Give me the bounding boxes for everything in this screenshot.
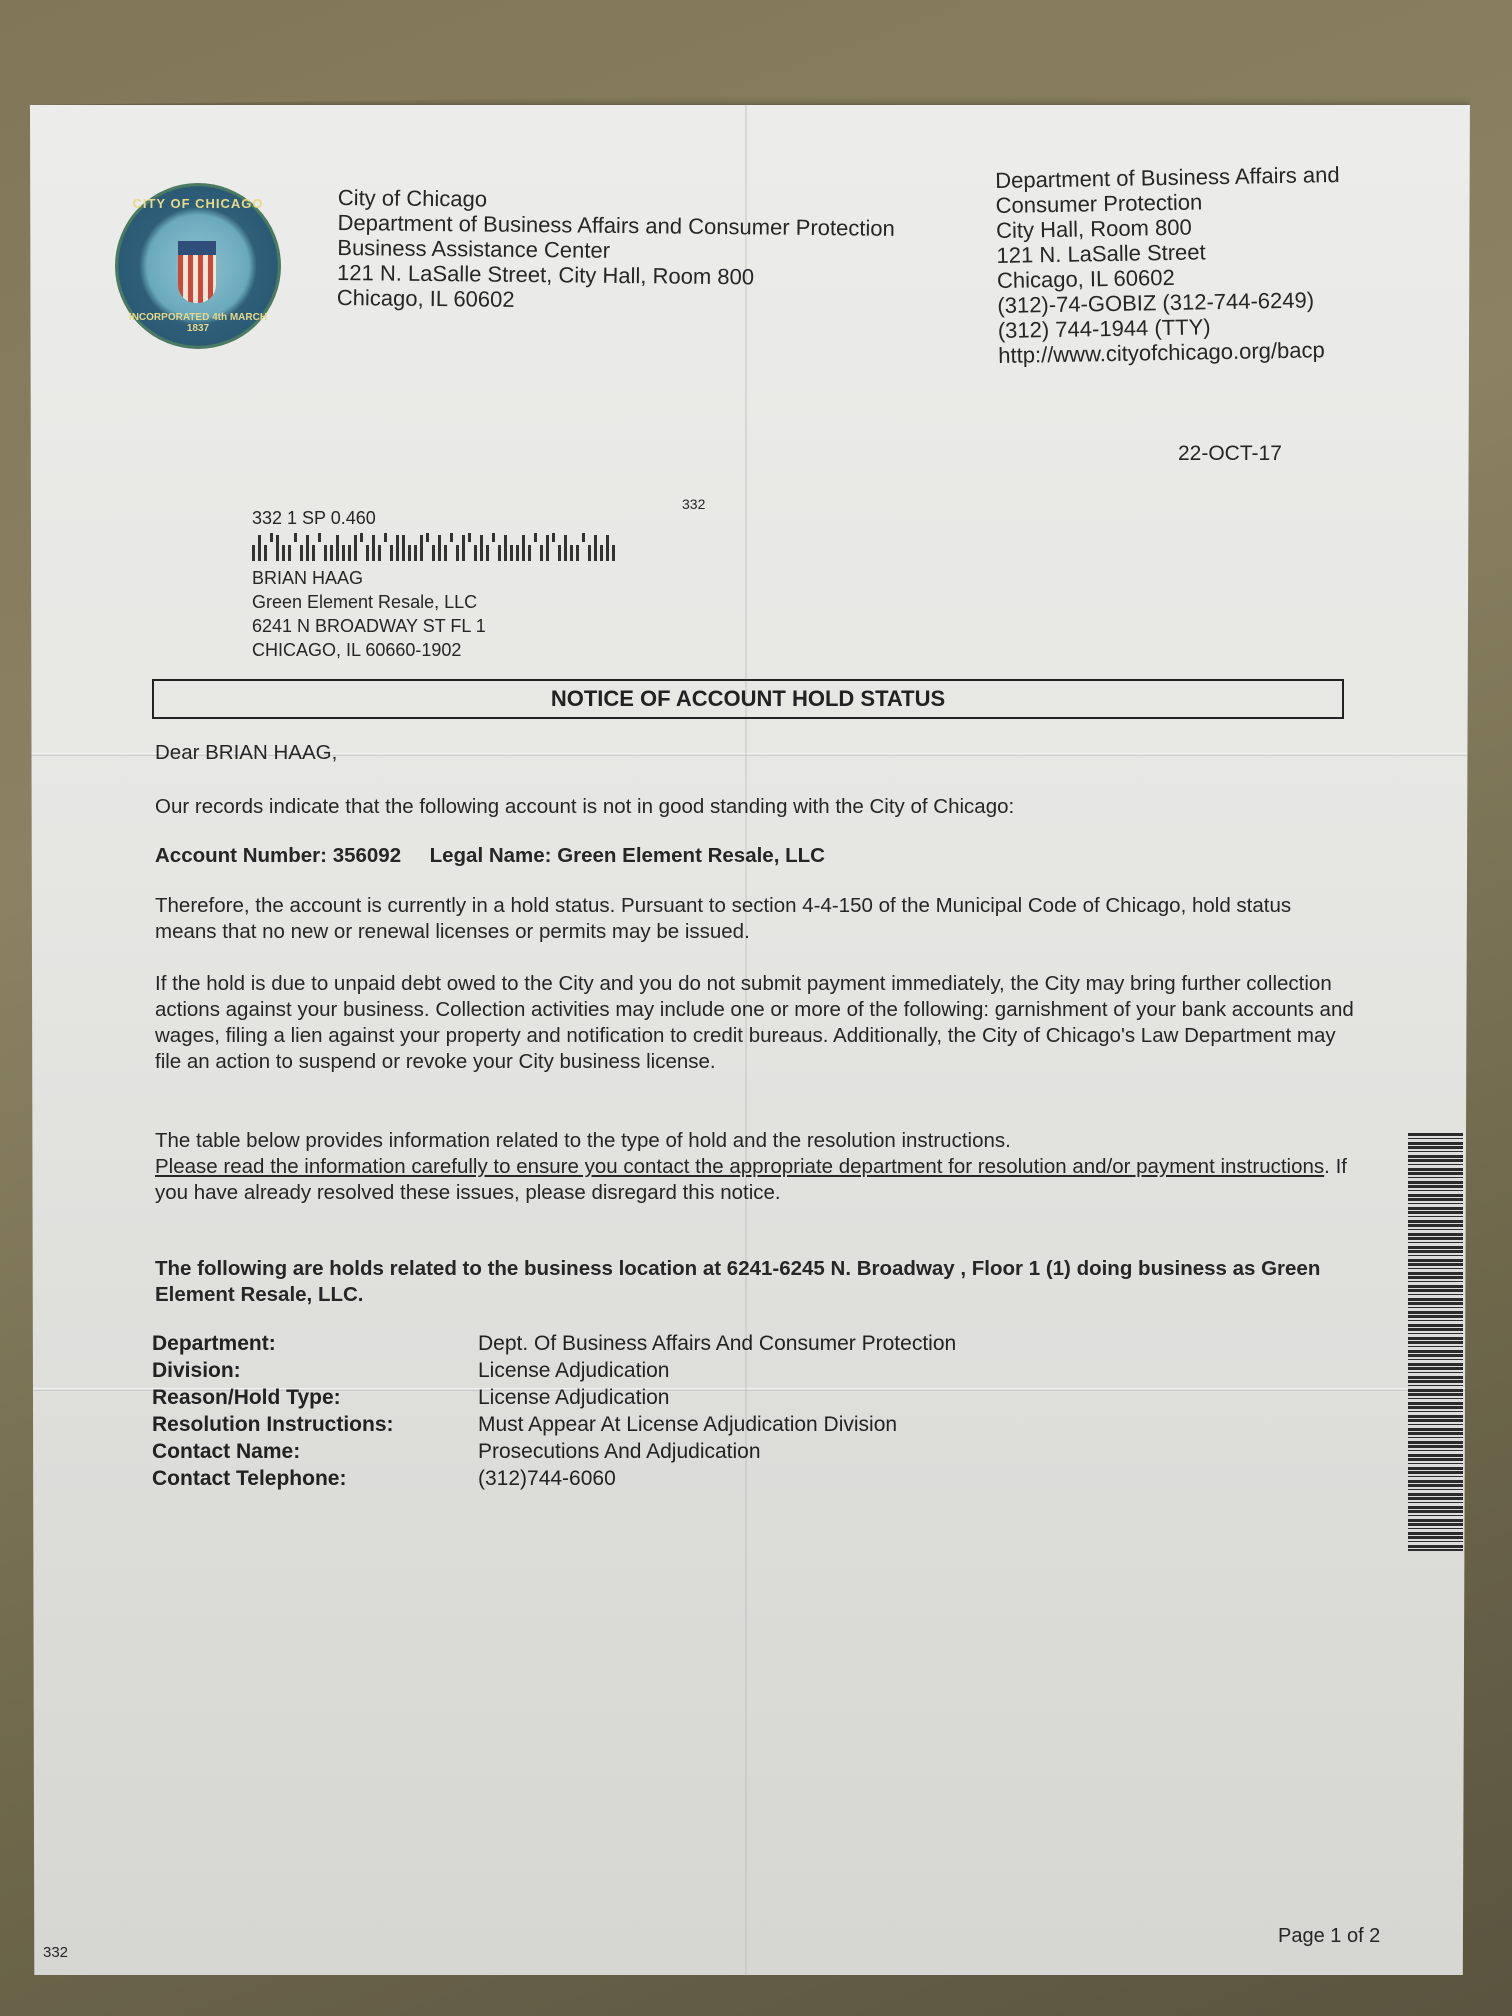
page-number: Page 1 of 2	[1278, 1925, 1380, 1948]
debt-paragraph: If the hold is due to unpaid debt owed t…	[155, 971, 1355, 1075]
hold-value: (312)744-6060	[478, 1465, 616, 1492]
hold-row: Division:License Adjudication	[152, 1357, 956, 1384]
hold-label: Contact Name:	[152, 1438, 478, 1465]
holds-table: Department:Dept. Of Business Affairs And…	[152, 1330, 956, 1492]
instructions-underlined: Please read the information carefully to…	[155, 1155, 1324, 1178]
table-intro-paragraph: The table below provides information rel…	[155, 1128, 1355, 1206]
letterhead-right: Department of Business Affairs and Consu…	[995, 162, 1343, 368]
hold-label: Department:	[152, 1330, 478, 1357]
recipient-address: BRIAN HAAG Green Element Resale, LLC 624…	[252, 566, 486, 662]
corner-code: 332	[43, 1944, 68, 1961]
city-of-chicago-seal-icon: CITY OF CHICAGO INCORPORATED 4th MARCH 1…	[115, 183, 281, 349]
hold-row: Reason/Hold Type:License Adjudication	[152, 1384, 956, 1411]
legal-name: Green Element Resale, LLC	[557, 844, 825, 867]
hold-label: Reason/Hold Type:	[152, 1384, 478, 1411]
notice-title: NOTICE OF ACCOUNT HOLD STATUS	[152, 679, 1344, 719]
hold-row: Contact Name:Prosecutions And Adjudicati…	[152, 1438, 956, 1465]
account-number: 356092	[333, 844, 401, 867]
hold-label: Contact Telephone:	[152, 1465, 478, 1492]
shield-icon	[178, 241, 216, 303]
salutation: Dear BRIAN HAAG,	[155, 740, 1355, 766]
hold-value: License Adjudication	[478, 1384, 669, 1411]
account-line: Account Number: 356092 Legal Name: Green…	[155, 843, 1355, 869]
location-paragraph: The following are holds related to the b…	[155, 1256, 1355, 1308]
hold-value: Dept. Of Business Affairs And Consumer P…	[478, 1330, 956, 1357]
intro-paragraph: Our records indicate that the following …	[155, 794, 1355, 820]
hold-value: Prosecutions And Adjudication	[478, 1438, 761, 1465]
letterhead-left: City of Chicago Department of Business A…	[337, 185, 895, 316]
hold-label: Division:	[152, 1357, 478, 1384]
hold-value: License Adjudication	[478, 1357, 669, 1384]
mail-code: 332 1 SP 0.460	[252, 508, 376, 529]
side-barcode	[1408, 1133, 1463, 1551]
hold-row: Contact Telephone:(312)744-6060	[152, 1465, 956, 1492]
hold-row: Resolution Instructions:Must Appear At L…	[152, 1411, 956, 1438]
postal-barcode	[252, 533, 615, 561]
hold-row: Department:Dept. Of Business Affairs And…	[152, 1330, 956, 1357]
hold-paragraph: Therefore, the account is currently in a…	[155, 893, 1355, 945]
hold-value: Must Appear At License Adjudication Divi…	[478, 1411, 897, 1438]
hold-label: Resolution Instructions:	[152, 1411, 478, 1438]
mail-code-right: 332	[682, 496, 705, 512]
letter-date: 22-OCT-17	[1178, 442, 1282, 466]
